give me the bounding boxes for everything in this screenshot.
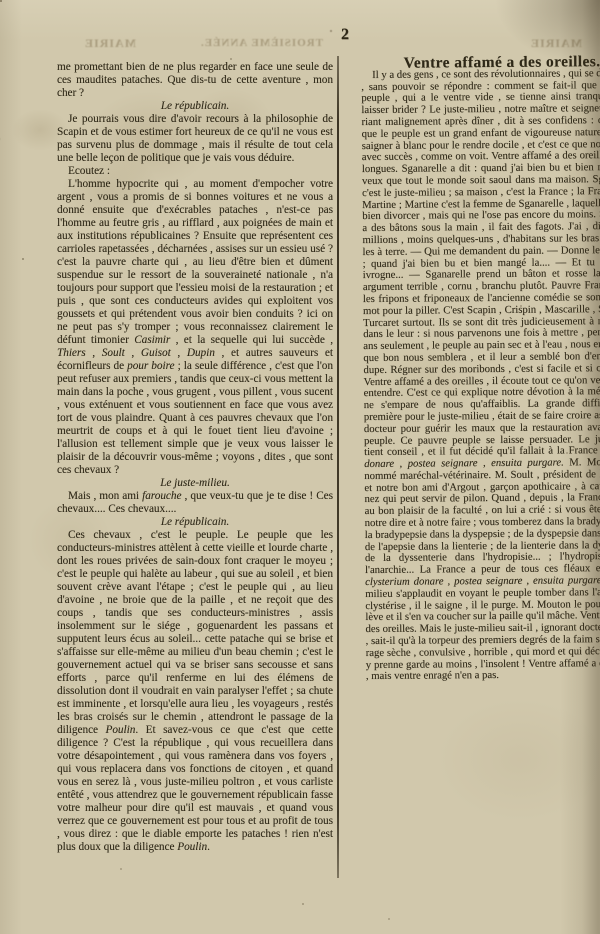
paragraph: Mais , mon ami farouche , que veux-tu qu… — [57, 490, 333, 516]
newspaper-page: MAIRIE TROISIÈME ANNÉE. MAIRIE 2 me prom… — [0, 0, 600, 934]
italic-text: Casimir — [134, 334, 170, 346]
paragraph: L'homme hypocrite qui , au moment d'empo… — [57, 178, 333, 477]
text-run: Il y a des gens , ce sont des révolution… — [361, 67, 600, 459]
text-run: M. Mouton , fut nommé maréchal-vétérinai… — [364, 456, 600, 576]
text-run: , et la sequelle qui lui succède , — [170, 334, 333, 346]
italic-text: Guisot — [141, 347, 171, 359]
text-run: L'homme hypocrite qui , au moment d'empo… — [57, 178, 333, 346]
right-column: Ventre affamé a des oreilles. Il y a des… — [361, 56, 600, 683]
paper-specks — [0, 0, 2, 2]
italic-text: Thiers — [57, 347, 86, 359]
bleedthrough-text-right: MAIRIE — [530, 36, 582, 51]
speaker-heading: Le républicain. — [57, 516, 333, 529]
column-divider-rule — [337, 56, 339, 878]
text-run: , — [171, 347, 187, 359]
speaker-heading: Le juste-milieu. — [57, 477, 333, 490]
italic-text: Poulin — [177, 841, 207, 853]
italic-text: farouche — [142, 490, 181, 502]
italic-text: pour boire — [127, 360, 174, 372]
text-run: Mais , mon ami — [68, 490, 142, 502]
italic-text: Soult — [102, 347, 125, 359]
italic-text: Le républicain. — [161, 516, 229, 528]
text-run: Je pourrais vous dire d'avoir recours à … — [57, 113, 333, 164]
left-column-text: me promettant bien de ne plus regarder e… — [57, 61, 333, 854]
left-column: me promettant bien de ne plus regarder e… — [57, 61, 333, 854]
paragraph: Ces chevaux , c'est le peuple. Le peuple… — [57, 529, 333, 854]
italic-text: Dupin — [187, 347, 215, 359]
paragraph: Je pourrais vous dire d'avoir recours à … — [57, 113, 333, 165]
text-run: Le juste-milieu s'applaudit en voyant le… — [365, 574, 600, 683]
text-run: , — [86, 347, 102, 359]
bleedthrough-text-center: TROISIÈME ANNÉE. — [200, 37, 323, 49]
text-run: , — [125, 347, 141, 359]
paragraph: Ecoutez : — [57, 165, 333, 178]
right-column-text: Il y a des gens , ce sont des révolution… — [361, 68, 600, 684]
speaker-heading: Le républicain. — [57, 100, 333, 113]
text-run: ; la seule différence , c'est que l'on p… — [57, 360, 333, 476]
page-number: 2 — [330, 26, 360, 44]
paragraph: Il y a des gens , ce sont des révolution… — [361, 68, 600, 684]
italic-text: Poulin — [106, 724, 136, 736]
italic-text: Le républicain. — [161, 100, 229, 112]
paragraph: me promettant bien de ne plus regarder e… — [57, 61, 333, 100]
text-run: me promettant bien de ne plus regarder e… — [57, 61, 333, 99]
text-run: Ecoutez : — [68, 165, 110, 177]
bleedthrough-text-left: MAIRIE — [84, 36, 136, 51]
italic-text: Le juste-milieu. — [160, 477, 230, 489]
text-run: . Et savez-vous ce que c'est que cette d… — [57, 724, 333, 853]
text-run: Ces chevaux , c'est le peuple. Le peuple… — [57, 529, 333, 736]
text-run: . — [207, 841, 210, 853]
